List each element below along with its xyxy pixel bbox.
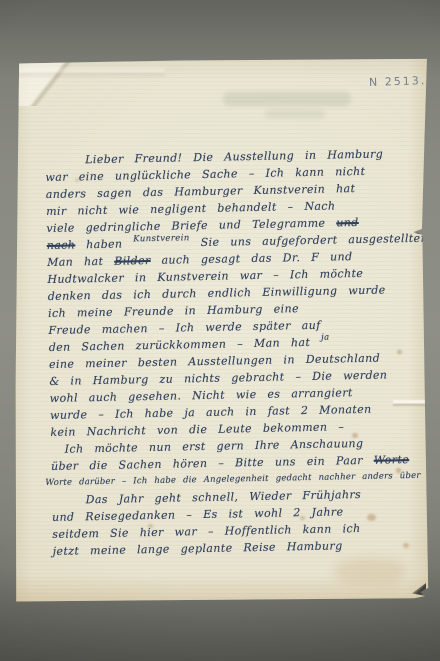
letter-text: Lieber Freund! Die Ausstellung in Hambur…: [45, 145, 431, 560]
struck-word: Worte: [374, 453, 410, 467]
struck-word: nach: [47, 238, 76, 252]
ink-showthrough: [223, 92, 351, 106]
photo-backdrop: N 2513. Lieber Freund! Die Ausstellung i…: [0, 0, 440, 661]
inserted-word: ja: [321, 333, 330, 343]
age-stain: [335, 558, 405, 584]
letter-paper: N 2513. Lieber Freund! Die Ausstellung i…: [15, 58, 429, 602]
top-edge-crease: [15, 68, 165, 78]
struck-word: und: [336, 216, 359, 229]
ink-showthrough: [265, 110, 325, 118]
archive-number: N 2513.: [369, 74, 427, 89]
inserted-word: Kunstverein: [133, 233, 190, 244]
corner-fold-crease: [15, 58, 99, 106]
struck-word: Bilder: [114, 254, 151, 268]
